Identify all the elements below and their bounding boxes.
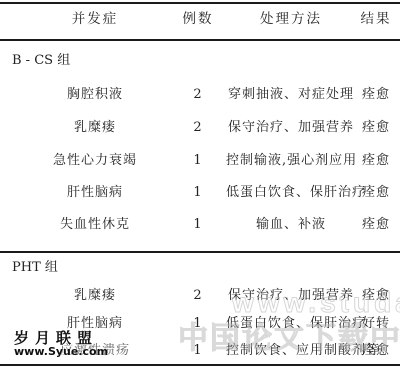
group-label-bcs: B - CS 组 [12,50,70,72]
table-row: 乳糜瘘 2 保守治疗、加强营养 痊愈 [0,117,400,139]
row-cases: 2 [170,285,226,307]
row-cases: 1 [170,340,226,362]
row-cases: 2 [170,84,226,106]
row-treatment: 保守治疗、加强营养 [226,117,356,139]
row-treatment: 低蛋白饮食、保肝治疗 [226,313,356,335]
row-complication: 急性心力衰竭 [20,150,170,172]
table-header-row: 并发症 例数 处理方法 结果 [0,8,400,30]
table-row: 胸腔积液 2 穿刺抽液、对症处理 痊愈 [0,84,400,106]
row-cases: 2 [170,117,226,139]
row-cases: 1 [170,150,226,172]
row-outcome: 痊愈 [352,285,400,307]
row-treatment: 控制输液,强心剂应用 [226,150,356,172]
table-row: 乳糜瘘 2 保守治疗、加强营养 痊愈 [0,285,400,307]
table-row: 肝性脑病 1 低蛋白饮食、保肝治疗 痊愈 [0,182,400,204]
bottom-rule [0,364,400,366]
top-rule [0,2,400,4]
row-cases: 1 [170,214,226,236]
header-treatment: 处理方法 [226,8,356,30]
row-outcome: 好转 [352,313,400,335]
row-treatment: 低蛋白饮食、保肝治疗 [226,182,356,204]
row-treatment: 控制饮食、应用制酸剂等 [226,340,356,362]
row-complication: 肝性脑病 [20,182,170,204]
row-outcome: 痊愈 [352,117,400,139]
table-row: 失血性休克 1 输血、补液 痊愈 [0,214,400,236]
row-treatment: 穿刺抽液、对症处理 [226,84,356,106]
row-complication: 失血性休克 [20,214,170,236]
row-outcome: 痊愈 [352,182,400,204]
group-label-pht: PHT 组 [12,257,58,279]
header-outcome: 结果 [352,8,400,30]
row-outcome: 痊愈 [352,214,400,236]
row-complication: 乳糜瘘 [20,117,170,139]
table-row: 急性心力衰竭 1 控制输液,强心剂应用 痊愈 [0,150,400,172]
header-rule [0,39,400,41]
header-cases: 例数 [170,8,226,30]
row-outcome: 痊愈 [352,84,400,106]
row-outcome: 痊愈 [352,150,400,172]
group-divider-rule [0,251,400,253]
row-cases: 1 [170,182,226,204]
row-complication: 胸腔积液 [20,84,170,106]
header-complication: 并发症 [20,8,170,30]
watermark-logo-url: www.Syue.com [14,345,108,358]
row-outcome: 痊愈 [352,340,400,362]
row-treatment: 保守治疗、加强营养 [226,285,356,307]
row-treatment: 输血、补液 [226,214,356,236]
row-cases: 1 [170,313,226,335]
row-complication: 乳糜瘘 [20,285,170,307]
